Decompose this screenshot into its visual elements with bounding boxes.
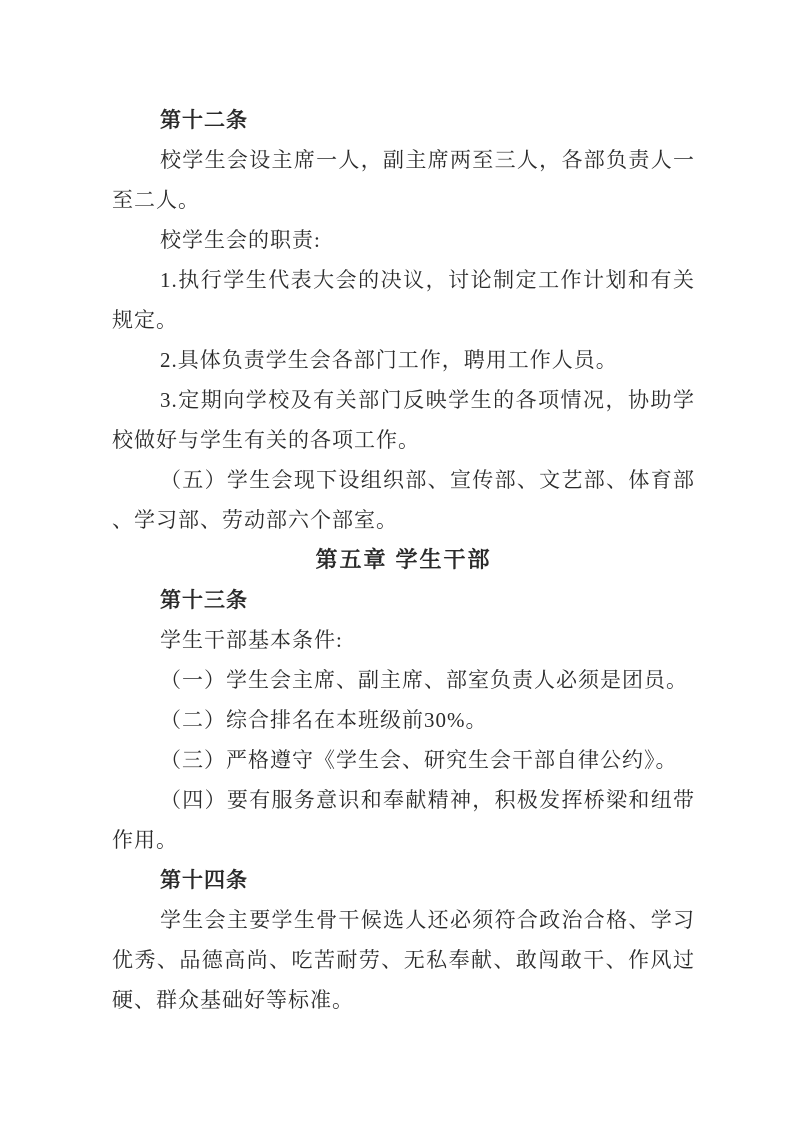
numbered-item-3: 3.定期向学校及有关部门反映学生的各项情况，协助学 — [112, 380, 695, 420]
list-item-5: （五）学生会现下设组织部、宣传部、文艺部、体育部 — [112, 460, 695, 500]
paragraph-line: 校做好与学生有关的各项工作。 — [112, 420, 695, 460]
document-body: 第十二条 校学生会设主席一人，副主席两至三人，各部负责人一 至二人。 校学生会的… — [112, 100, 695, 1020]
chapter-5-heading: 第五章 学生干部 — [112, 540, 695, 580]
paragraph-line: 硬、群众基础好等标准。 — [112, 980, 695, 1020]
list-item-2: （二）综合排名在本班级前30%。 — [112, 700, 695, 740]
paragraph-line: 规定。 — [112, 300, 695, 340]
document-page: 第十二条 校学生会设主席一人，副主席两至三人，各部负责人一 至二人。 校学生会的… — [0, 0, 800, 1131]
article-13-heading: 第十三条 — [112, 580, 695, 620]
paragraph-line: 作用。 — [112, 820, 695, 860]
paragraph-line: 优秀、品德高尚、吃苦耐劳、无私奉献、敢闯敢干、作风过 — [112, 940, 695, 980]
paragraph-line: 至二人。 — [112, 180, 695, 220]
list-item-1: （一）学生会主席、副主席、部室负责人必须是团员。 — [112, 660, 695, 700]
paragraph-line: 校学生会的职责: — [112, 220, 695, 260]
article-14-heading: 第十四条 — [112, 860, 695, 900]
article-12-heading: 第十二条 — [112, 100, 695, 140]
list-item-4: （四）要有服务意识和奉献精神，积极发挥桥梁和纽带 — [112, 780, 695, 820]
paragraph-line: 校学生会设主席一人，副主席两至三人，各部负责人一 — [112, 140, 695, 180]
paragraph-line: 学生干部基本条件: — [112, 620, 695, 660]
numbered-item-1: 1.执行学生代表大会的决议，讨论制定工作计划和有关 — [112, 260, 695, 300]
numbered-item-2: 2.具体负责学生会各部门工作，聘用工作人员。 — [112, 340, 695, 380]
paragraph-line: 、学习部、劳动部六个部室。 — [112, 500, 695, 540]
paragraph-line: 学生会主要学生骨干候选人还必须符合政治合格、学习 — [112, 900, 695, 940]
list-item-3: （三）严格遵守《学生会、研究生会干部自律公约》。 — [112, 740, 695, 780]
